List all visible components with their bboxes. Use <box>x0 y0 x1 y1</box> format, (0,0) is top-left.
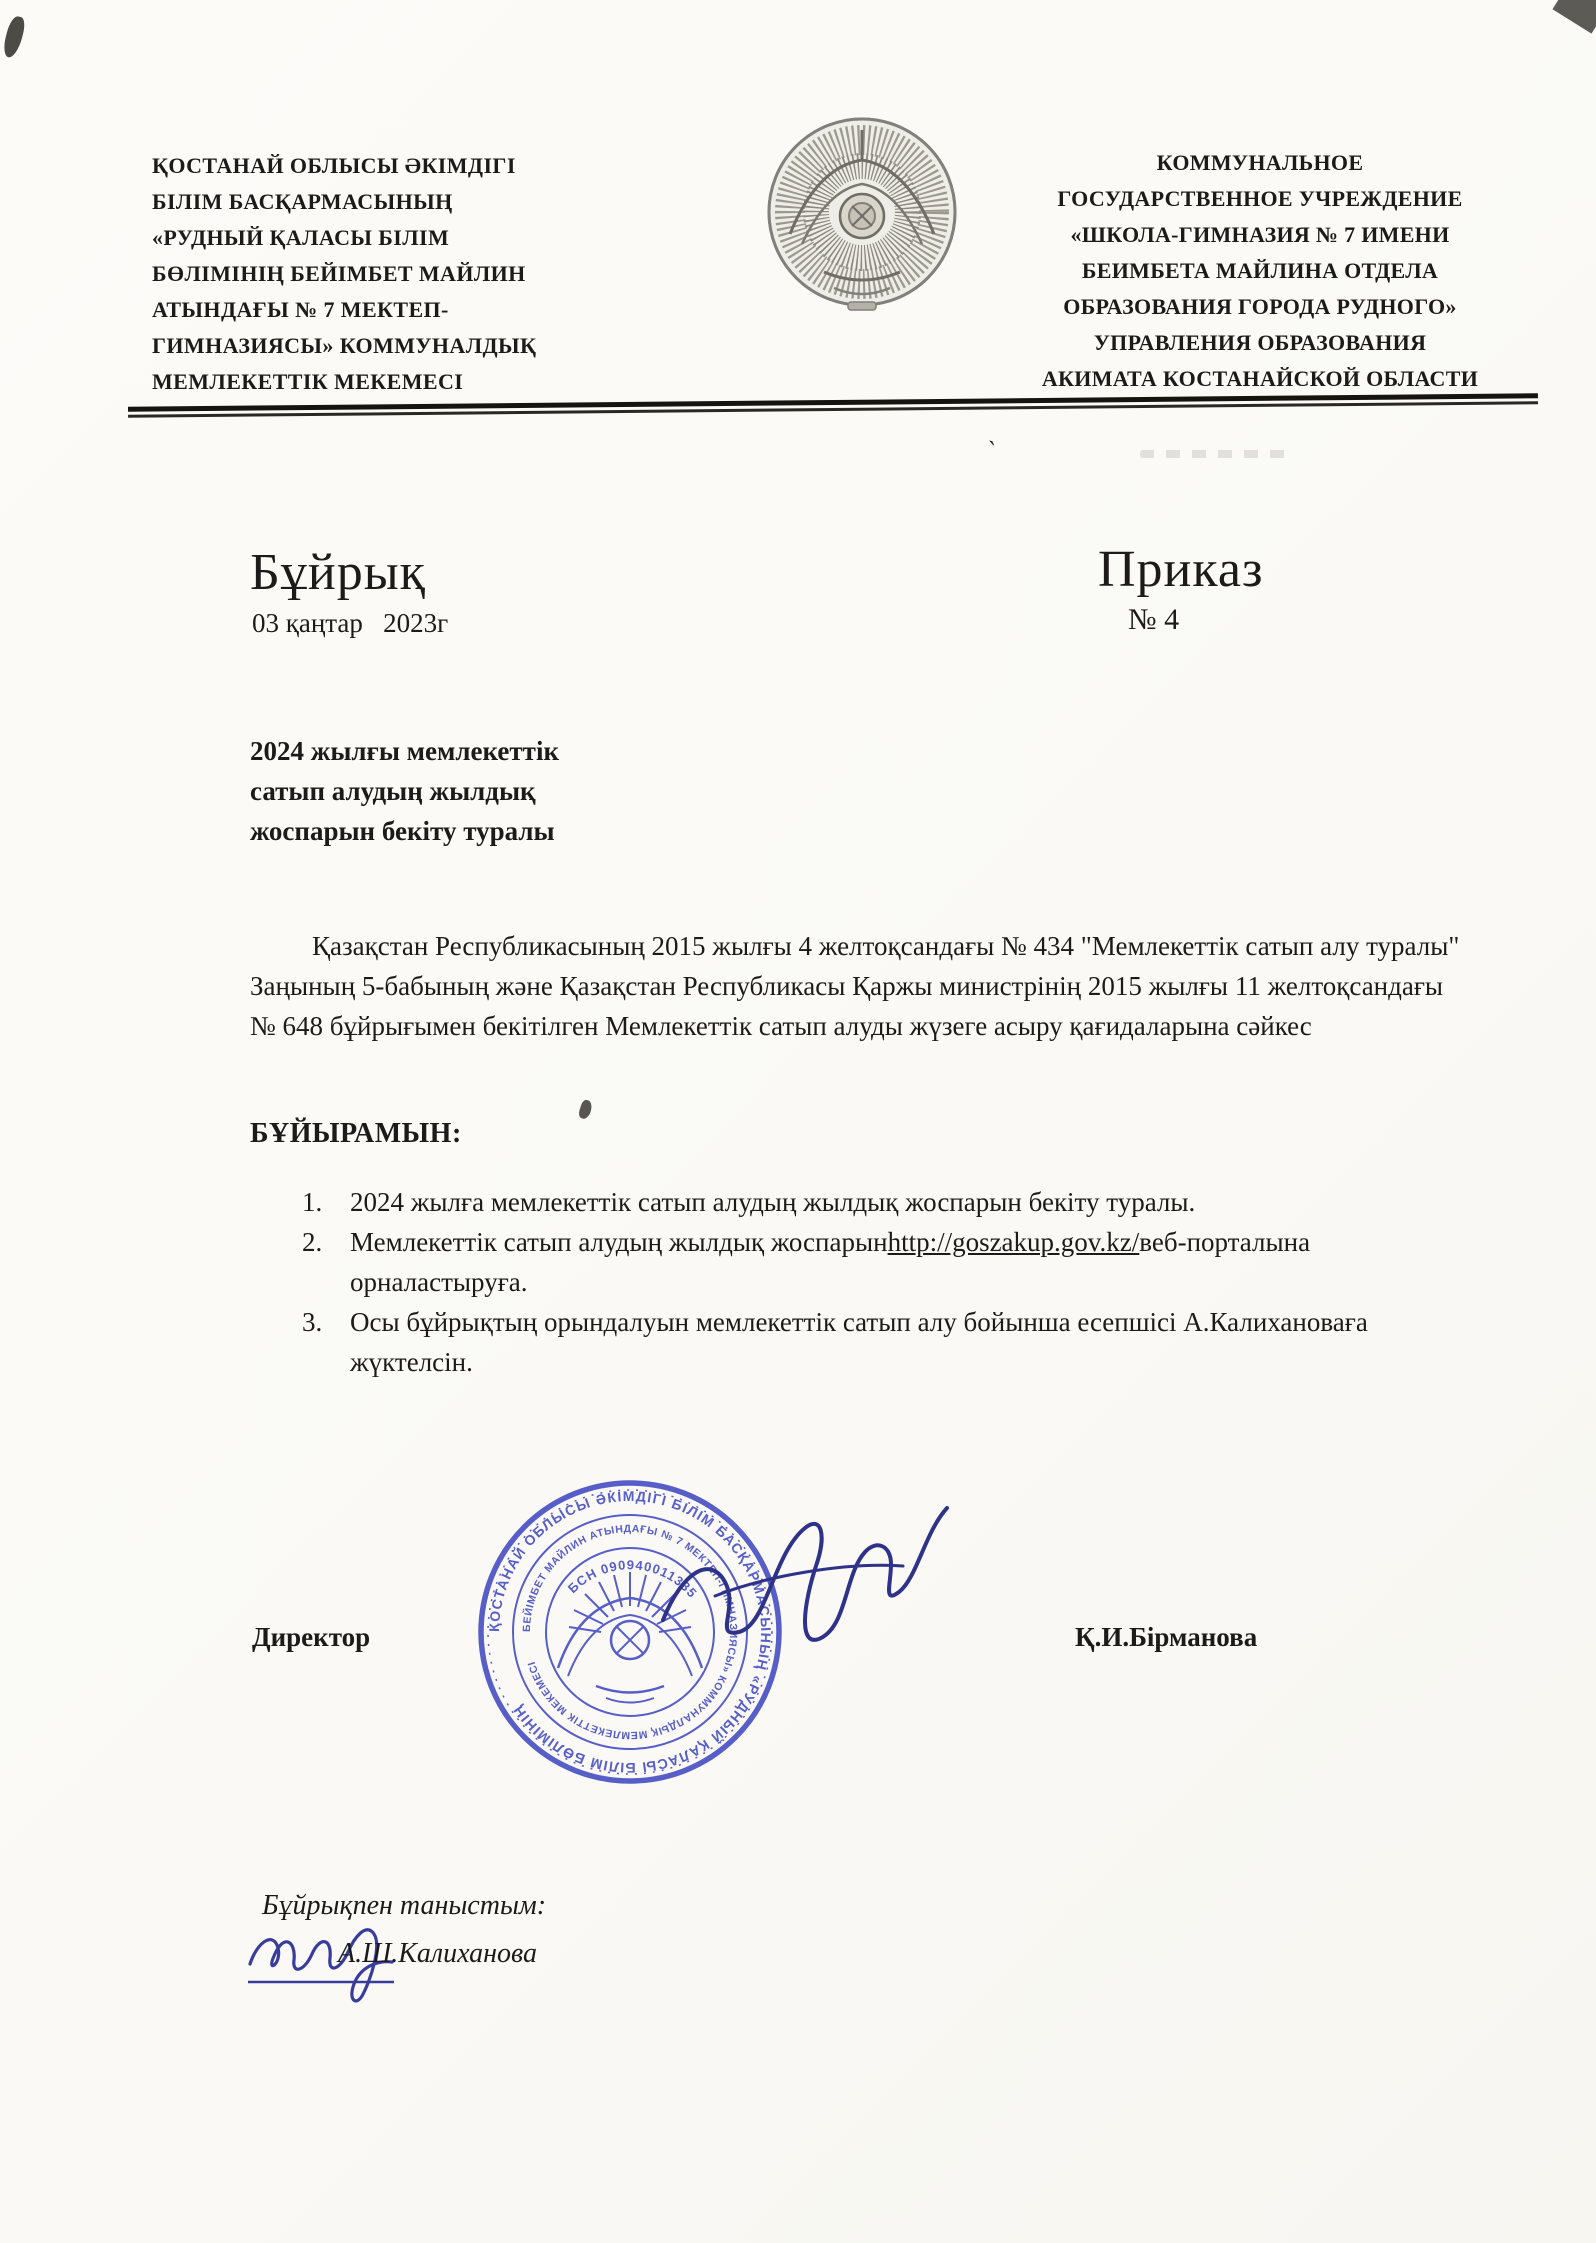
org-line: БІЛІМ БАСҚАРМАСЫНЫҢ <box>152 184 572 220</box>
org-line: АТЫНДАҒЫ № 7 МЕКТЕП- <box>152 292 572 328</box>
org-name-russian-block: КОММУНАЛЬНОЕ ГОСУДАРСТВЕННОЕ УЧРЕЖДЕНИЕ … <box>985 145 1535 397</box>
org-line: ОБРАЗОВАНИЯ ГОРОДА РУДНОГО» <box>985 289 1535 325</box>
item-text: 2024 жылға мемлекеттік сатып алудың жылд… <box>350 1182 1477 1222</box>
org-line: «ШКОЛА-ГИМНАЗИЯ № 7 ИМЕНИ <box>985 217 1535 253</box>
director-signature-image <box>655 1492 965 1677</box>
subject-line: 2024 жылғы мемлекеттік <box>250 731 770 771</box>
order-title-kazakh: Бұйрық <box>250 543 426 602</box>
order-title-russian: Приказ <box>1098 540 1263 599</box>
subject-line: жоспарын бекіту туралы <box>250 811 770 851</box>
order-number: № 4 <box>1128 603 1179 637</box>
item-number: 2. <box>302 1222 350 1302</box>
item-number: 1. <box>302 1182 350 1222</box>
org-line: БӨЛІМІНІҢ БЕЙІМБЕТ МАЙЛИН <box>152 256 572 292</box>
order-items-list: 1. 2024 жылға мемлекеттік сатып алудың ж… <box>302 1182 1477 1382</box>
order-date: 03 қаңтар 2023г <box>252 608 448 639</box>
scan-artifact-top-right <box>1552 0 1596 34</box>
item-number: 3. <box>302 1302 350 1382</box>
director-name: Қ.И.Бірманова <box>1075 1622 1257 1653</box>
org-line: ҚОСТАНАЙ ОБЛЫСЫ ӘКІМДІГІ <box>152 148 572 184</box>
org-name-kazakh-block: ҚОСТАНАЙ ОБЛЫСЫ ӘКІМДІГІ БІЛІМ БАСҚАРМАС… <box>152 148 572 400</box>
item-text: Мемлекеттік сатып алудың жылдық жоспарын… <box>350 1222 1477 1302</box>
org-line: АКИМАТА КОСТАНАЙСКОЙ ОБЛАСТИ <box>985 361 1535 397</box>
order-preamble-paragraph: Қазақстан Республикасының 2015 жылғы 4 ж… <box>250 926 1472 1046</box>
acknowledgement-name: А.Ш.Калиханова <box>338 1938 537 1970</box>
order-item-2: 2. Мемлекеттік сатып алудың жылдық жоспа… <box>302 1222 1477 1302</box>
scan-artifact-mark: ` <box>983 435 998 466</box>
org-line: КОММУНАЛЬНОЕ <box>985 145 1535 181</box>
resolution-heading: БҰЙЫРАМЫН: <box>250 1118 462 1150</box>
order-subject-block: 2024 жылғы мемлекеттік сатып алудың жылд… <box>250 731 770 851</box>
order-item-3: 3. Осы бұйрықтың орындалуын мемлекеттік … <box>302 1302 1477 1382</box>
goszakup-url-text: http://goszakup.gov.kz/ <box>888 1227 1140 1257</box>
org-line: УПРАВЛЕНИЯ ОБРАЗОВАНИЯ <box>985 325 1535 361</box>
org-line: «РУДНЫЙ ҚАЛАСЫ БІЛІМ <box>152 220 572 256</box>
ink-smudge <box>577 1099 593 1120</box>
org-line: ГОСУДАРСТВЕННОЕ УЧРЕЖДЕНИЕ <box>985 181 1535 217</box>
item-text-segment: Мемлекеттік сатып алудың жылдық жоспарын <box>350 1227 888 1257</box>
org-line: ГИМНАЗИЯСЫ» КОММУНАЛДЫҚ <box>152 328 572 364</box>
org-line: БЕИМБЕТА МАЙЛИНА ОТДЕЛА <box>985 253 1535 289</box>
scan-artifact-top-left <box>1 15 27 60</box>
scan-artifact-faint-smudge <box>1140 450 1290 458</box>
director-label: Директор <box>252 1622 370 1653</box>
scanned-order-document: ` ҚОСТАНАЙ ОБЛЫСЫ ӘКІМДІГІ БІЛІМ БАСҚАРМ… <box>0 0 1596 2243</box>
subject-line: сатып алудың жылдық <box>250 771 770 811</box>
org-line: МЕМЛЕКЕТТІК МЕКЕМЕСІ <box>152 364 572 400</box>
item-text: Осы бұйрықтың орындалуын мемлекеттік сат… <box>350 1302 1477 1382</box>
kazakhstan-emblem-icon <box>762 112 962 317</box>
order-item-1: 1. 2024 жылға мемлекеттік сатып алудың ж… <box>302 1182 1477 1222</box>
